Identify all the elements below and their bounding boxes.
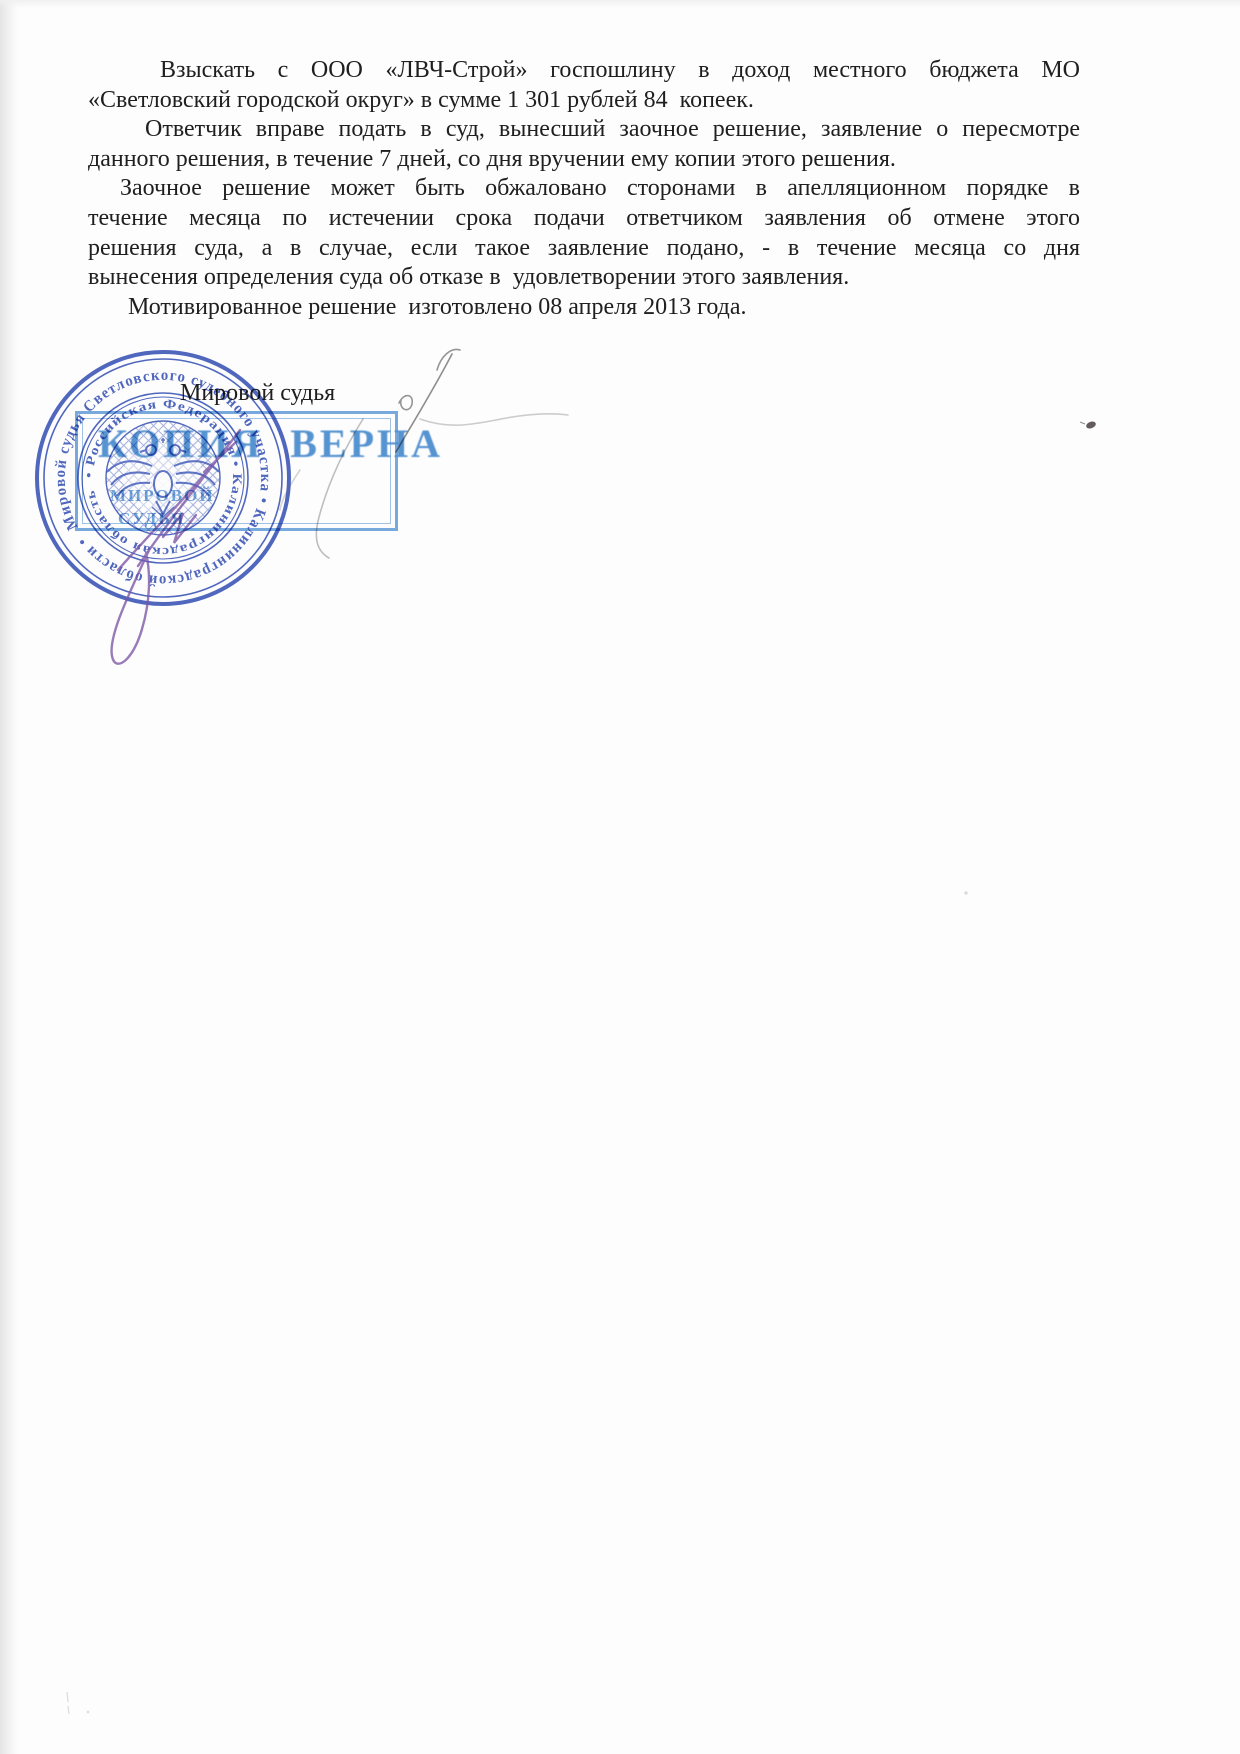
text-line: вынесения определения суда об отказе в у… (88, 263, 1080, 293)
text-line: Взыскать с ООО «ЛВЧ-Строй» госпошлину в … (88, 56, 1080, 86)
copy-stamp-subline: МИРОВОЙ (110, 486, 215, 506)
signatory-label: Мировой судья (180, 380, 335, 407)
scan-edge-shadow-top (0, 0, 1240, 8)
scan-speck (67, 420, 1097, 1714)
text-line: течение месяца по истечении срока подачи… (88, 204, 1080, 234)
copy-verna-stamp: КОПИЯ ВЕРНА МИРОВОЙ СУДЬЯ (75, 411, 398, 531)
copy-stamp-subline: СУДЬЯ (118, 509, 185, 529)
text-line: данного решения, в течение 7 дней, со дн… (88, 145, 1080, 175)
text-line: Мотивированное решение изготовлено 08 ап… (88, 293, 1080, 323)
scanned-court-decision-page: Взыскать с ООО «ЛВЧ-Строй» госпошлину в … (0, 0, 1240, 1754)
text-line: Ответчик вправе подать в суд, вынесший з… (88, 115, 1080, 145)
text-line: решения суда, а в случае, если такое зая… (88, 234, 1080, 264)
text-line: «Светловский городской округ» в сумме 1 … (88, 86, 1080, 116)
scan-edge-shadow-left (0, 0, 18, 1754)
decision-text-block: Взыскать с ООО «ЛВЧ-Строй» госпошлину в … (88, 56, 1080, 322)
copy-verna-stamp-title: КОПИЯ ВЕРНА (98, 420, 443, 467)
text-line: Заочное решение может быть обжаловано ст… (88, 174, 1080, 204)
